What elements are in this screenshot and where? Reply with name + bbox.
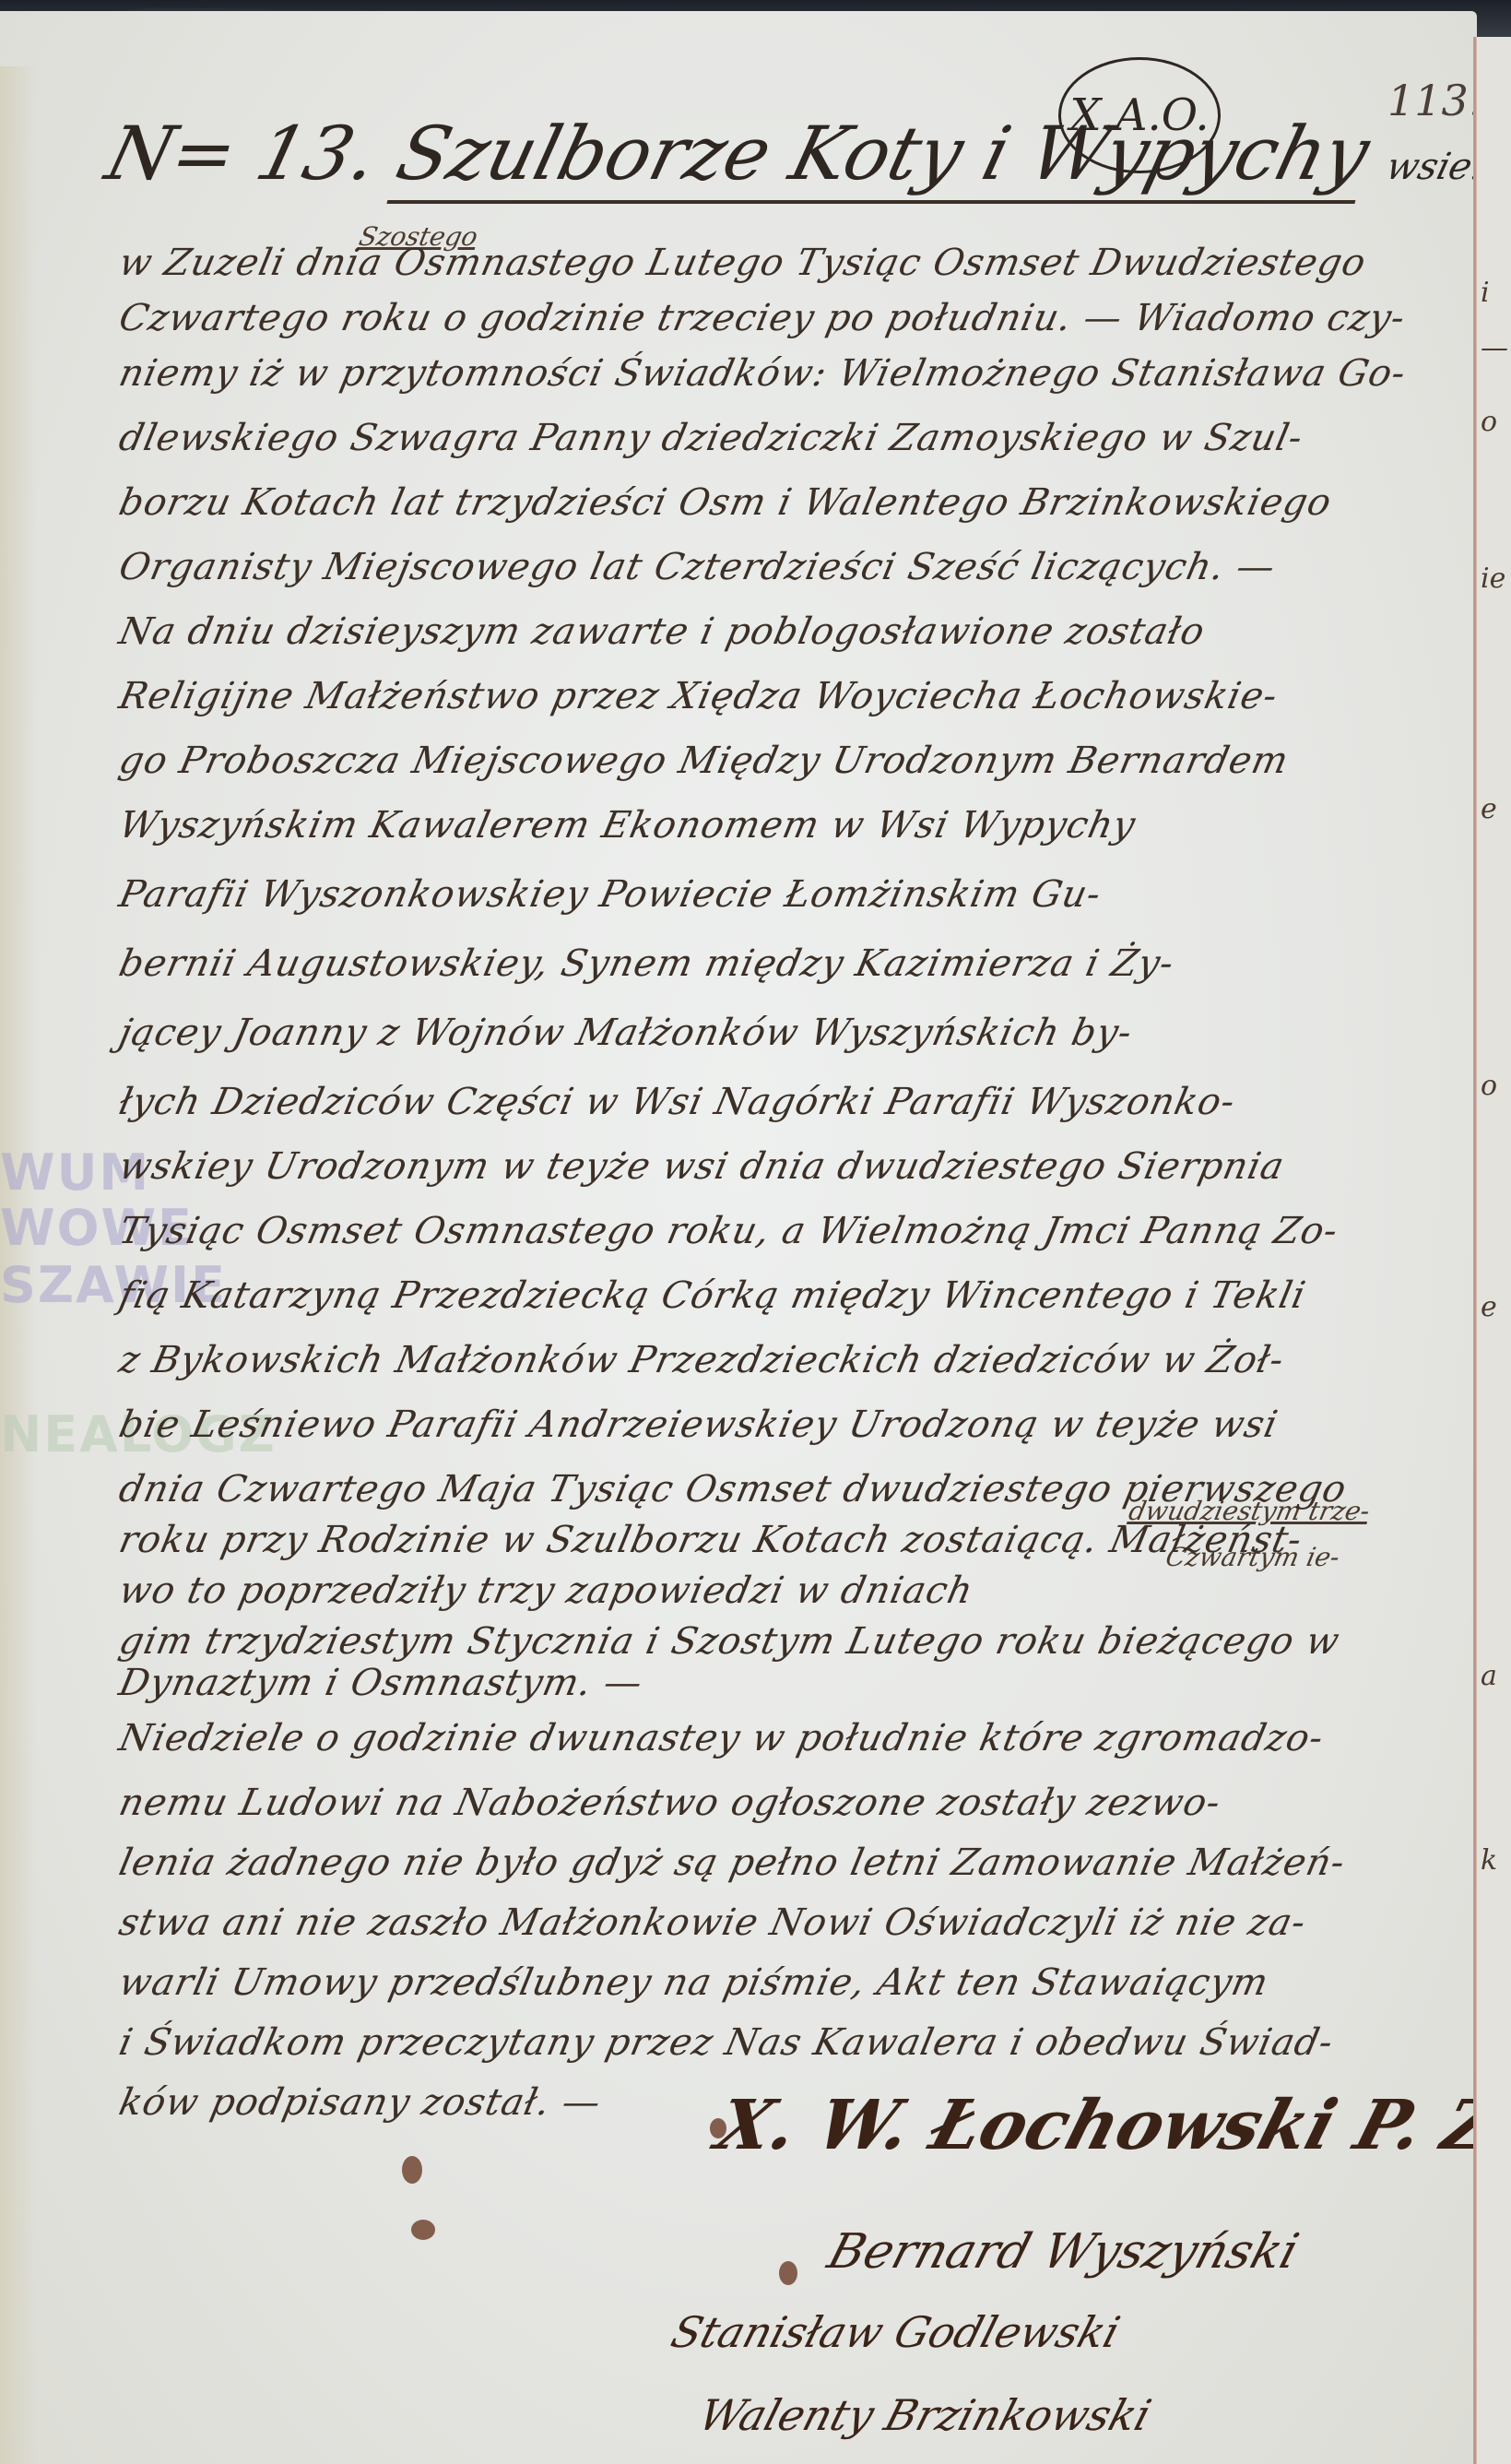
ink-blot <box>411 2220 435 2240</box>
margin-fragment: ie <box>1481 563 1505 595</box>
margin-fragment: i <box>1481 277 1490 309</box>
signature-priest: X. W. Łochowski P. Z. <box>708 2086 1511 2165</box>
record-line: dnia Czwartego Maja Tysiąc Osmset dwudzi… <box>115 1468 1351 1510</box>
record-line: go Proboszcza Miejscowego Między Urodzon… <box>115 740 1293 782</box>
record-line: stwa ani nie zaszło Małżonkowie Nowi Ośw… <box>115 1901 1310 1944</box>
record-heading: N= 13. Szulborze Koty i Wypychy wsie. Dz… <box>98 111 1511 196</box>
record-line: Czwartego roku o godzinie trzeciey po po… <box>115 297 1410 339</box>
record-line: niemy iż w przytomności Świadków: Wielmo… <box>115 352 1410 395</box>
adjacent-page-edge <box>1477 37 1511 2464</box>
record-line: borzu Kotach lat trzydzieści Osm i Walen… <box>115 481 1336 524</box>
stamp-text: X.A.O. <box>1069 89 1209 141</box>
signature-witness: Stanisław Godlewski <box>666 2307 1126 2357</box>
record-line: i Świadkom przeczytany przez Nas Kawaler… <box>115 2021 1338 2064</box>
margin-fragment: o <box>1481 406 1497 438</box>
record-line: bernii Augustowskiey, Synem między Kazim… <box>115 942 1178 985</box>
record-line: Religijne Małżeństwo przez Xiędza Woycie… <box>115 675 1281 717</box>
record-line: fią Katarzyną Przezdziecką Córką między … <box>115 1274 1309 1317</box>
record-line: jącey Joanny z Wojnów Małżonków Wyszyńsk… <box>115 1012 1137 1054</box>
page-number: 113. <box>1387 76 1481 125</box>
record-line: Dynaztym i Osmnastym. — <box>115 1662 646 1704</box>
record-line: Na dniu dzisieyszym zawarte i poblogosła… <box>115 610 1209 653</box>
record-line: łych Dziedziców Części w Wsi Nagórki Par… <box>115 1081 1239 1123</box>
record-line: bie Leśniewo Parafii Andrzeiewskiey Urod… <box>115 1404 1281 1446</box>
record-number: N= 13. <box>98 111 386 196</box>
archive-stamp: X.A.O. <box>1058 57 1221 173</box>
record-line: nemu Ludowi na Nabożeństwo ogłoszone zos… <box>115 1782 1224 1824</box>
record-line: w Zuzeli dnia Osmnastego Lutego Tysiąc O… <box>115 242 1370 284</box>
record-line: Tysiąc Osmset Osmnastego roku, a Wielmoż… <box>115 1210 1342 1252</box>
record-line: dlewskiego Szwagra Panny dziedziczki Zam… <box>115 417 1307 459</box>
record-line: z Bykowskich Małżonków Przezdzieckich dz… <box>115 1339 1288 1381</box>
ink-blot <box>779 2261 797 2285</box>
record-line: Wyszyńskim Kawalerem Ekonomem w Wsi Wypy… <box>115 804 1139 847</box>
record-line: lenia żadnego nie było gdyż są pełno let… <box>115 1842 1349 1884</box>
record-line: ków podpisany został. — <box>115 2081 605 2124</box>
margin-fragment: k <box>1481 1844 1497 1877</box>
signature-witness: Walenty Brzinkowski <box>693 2390 1156 2440</box>
document-page: WUM WOWE SZAWIE NEALOGZ N= 13. Szulborze… <box>0 11 1477 2464</box>
record-line: Parafii Wyszonkowskiey Powiecie Łomżinsk… <box>115 873 1105 916</box>
margin-fragment: o <box>1481 1070 1497 1102</box>
ink-blot <box>710 2118 726 2138</box>
record-line: warli Umowy przedślubney na piśmie, Akt … <box>115 1961 1272 2004</box>
margin-fragment: a <box>1481 1660 1497 1692</box>
record-title: Szulborze Koty i Wypychy <box>387 111 1378 204</box>
margin-fragment: e <box>1481 1291 1497 1323</box>
margin-fragment: e <box>1481 793 1497 825</box>
record-line: wskiey Urodzonym w teyże wsi dnia dwudzi… <box>115 1145 1288 1188</box>
record-line: gim trzydziestym Stycznia i Szostym Lute… <box>115 1620 1343 1663</box>
margin-fragment: — <box>1481 332 1508 364</box>
record-line: Organisty Miejscowego lat Czterdzieści S… <box>115 546 1280 588</box>
signature-groom: Bernard Wyszyński <box>821 2224 1304 2280</box>
record-line: wo to poprzedziły trzy zapowiedzi w dnia… <box>115 1570 977 1612</box>
record-line: roku przy Rodzinie w Szulborzu Kotach zo… <box>115 1519 1306 1561</box>
record-line: Niedziele o godzinie dwunastey w południ… <box>115 1717 1328 1759</box>
ink-blot <box>402 2156 422 2184</box>
